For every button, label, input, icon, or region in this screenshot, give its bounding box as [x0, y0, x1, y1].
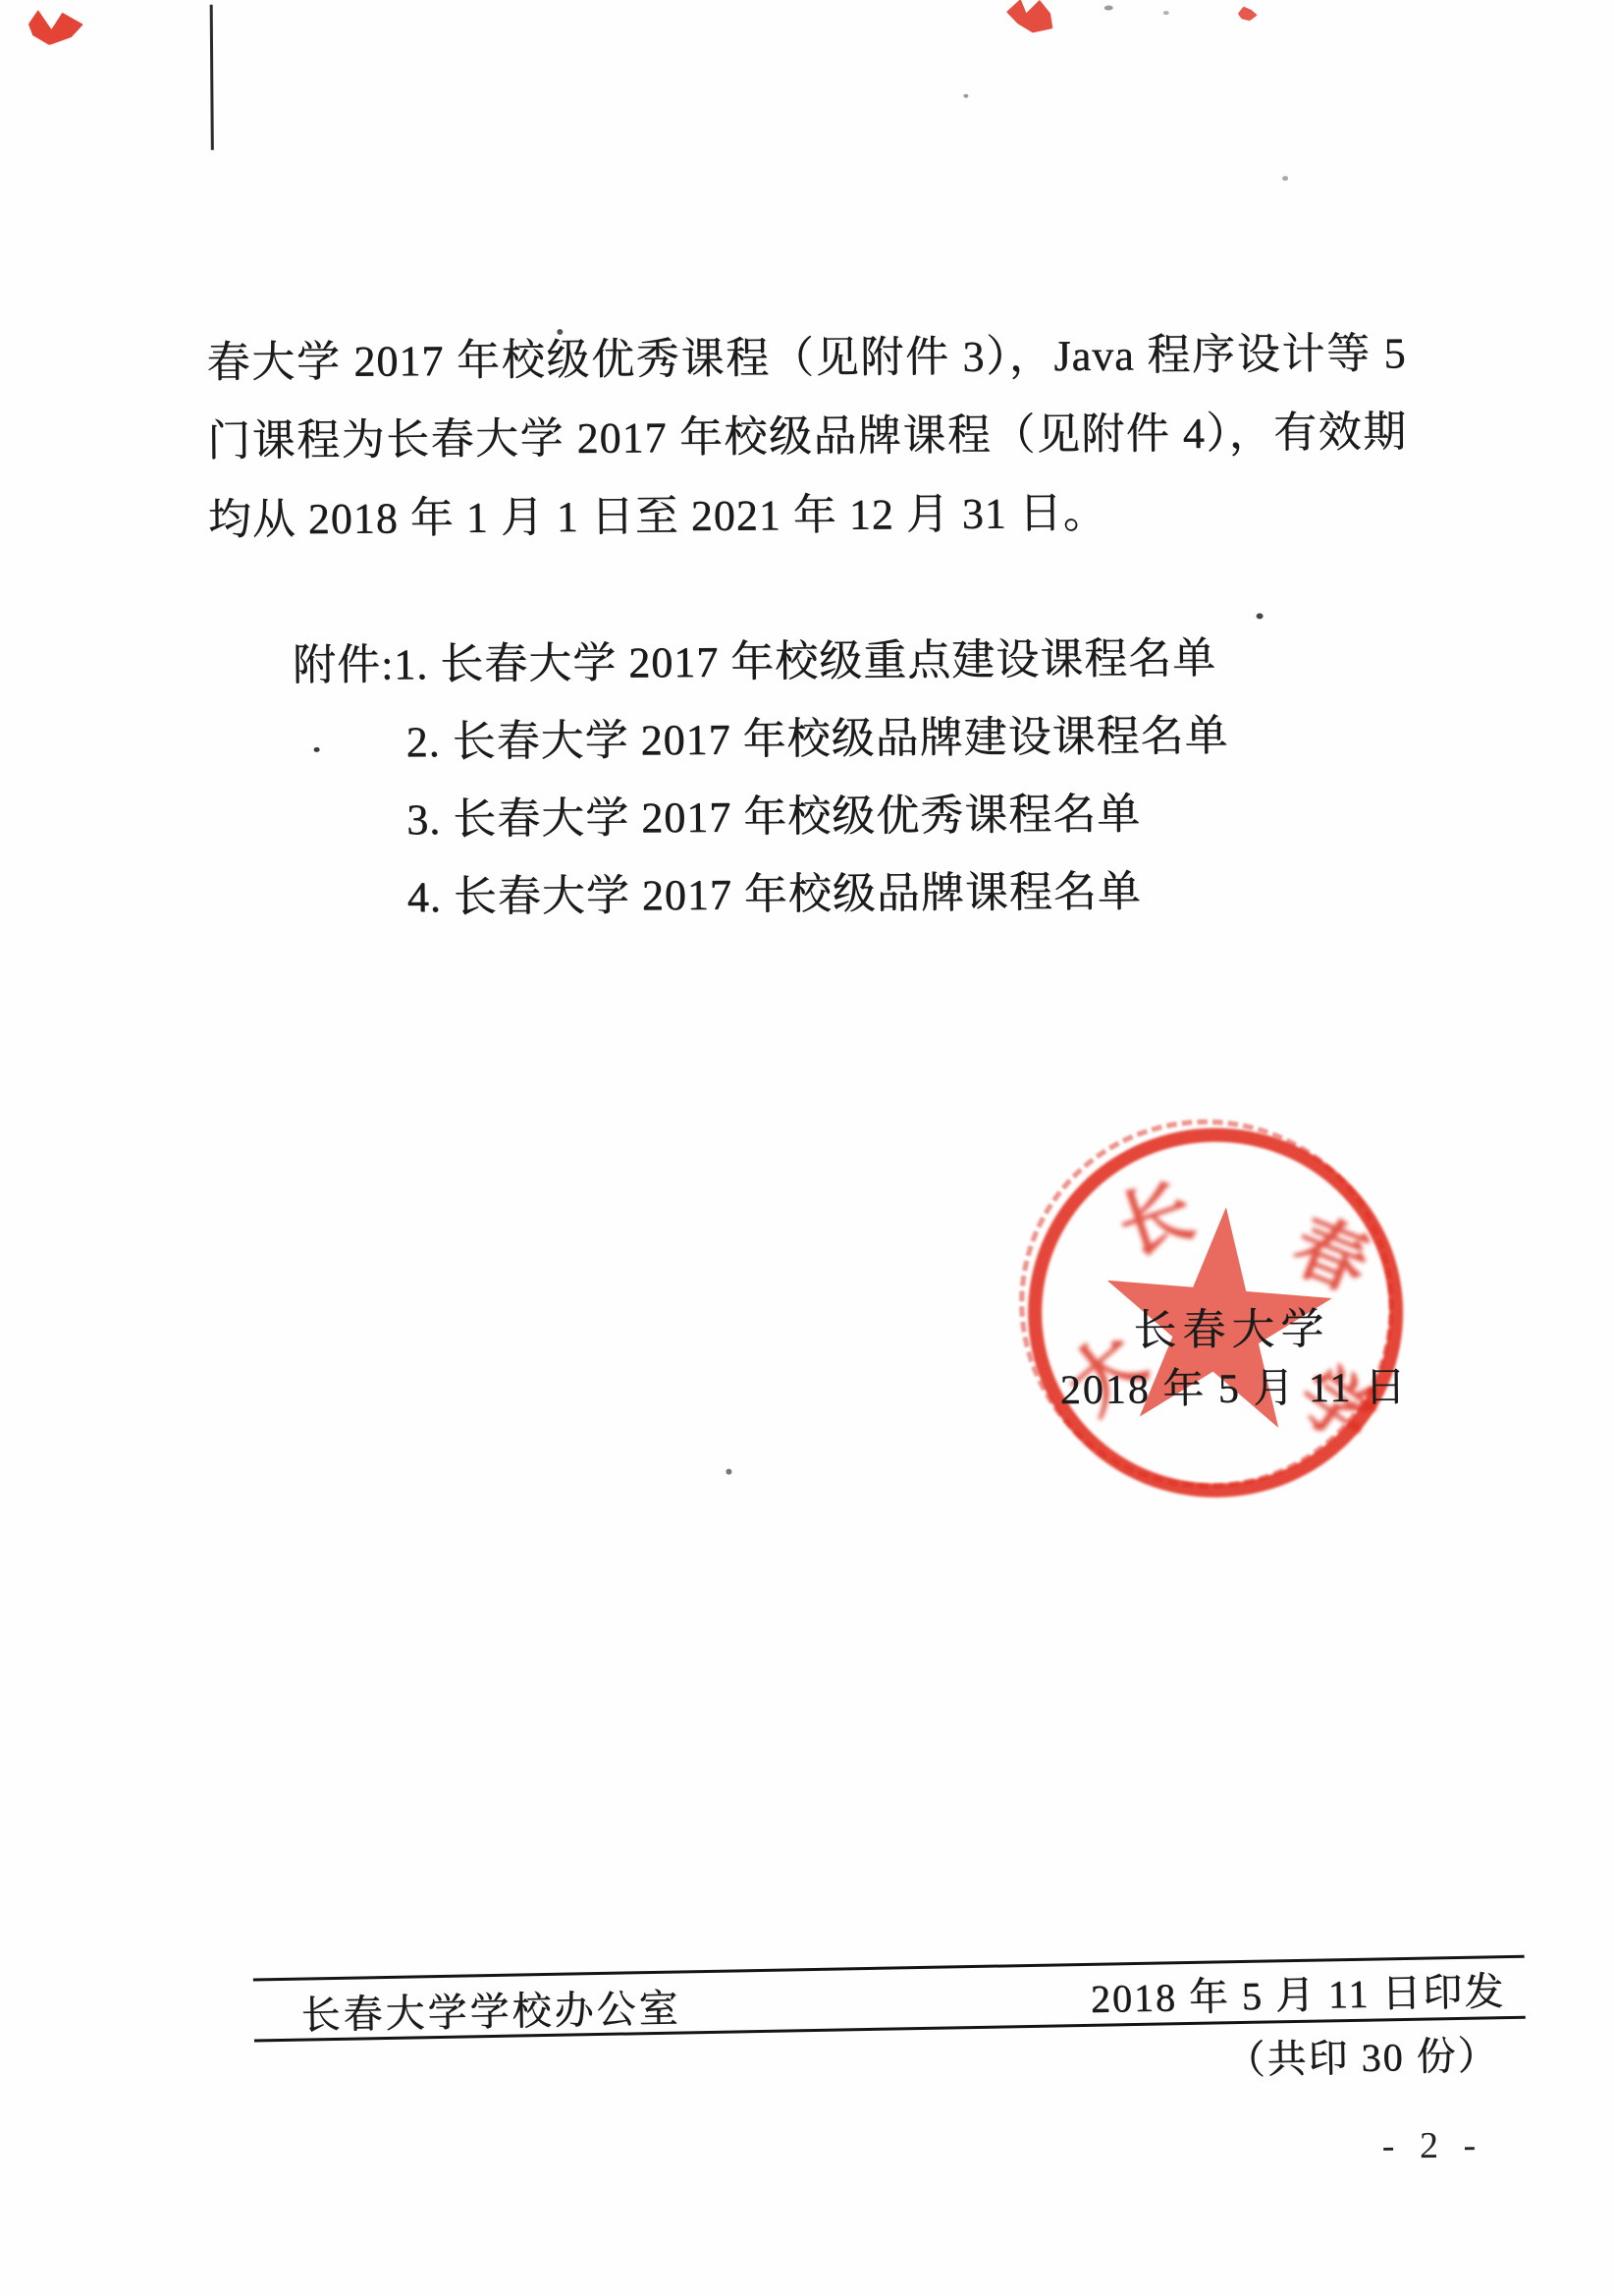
- paragraph-line: 门课程为长春大学 2017 年校级品牌课程（见附件 4），有效期: [207, 393, 1408, 481]
- scan-red-mark: [1238, 6, 1258, 21]
- imprint-print-date: 2018 年 5 月 11 日印发: [1090, 1960, 1505, 2024]
- scan-speck: [1282, 176, 1288, 181]
- attachment-row: 附件:1. 长春大学 2017 年校级重点建设课程名单: [293, 618, 1423, 704]
- scan-edge-line: [210, 5, 214, 150]
- paragraph-line: 均从 2018 年 1 月 1 日至 2021 年 12 月 31 日。: [207, 471, 1408, 560]
- attachment-item: 2. 长春大学 2017 年校级品牌建设课程名单: [405, 695, 1423, 781]
- attachment-item: 1. 长春大学 2017 年校级重点建设课程名单: [394, 634, 1216, 689]
- scan-speck: [1104, 6, 1113, 11]
- page-number: - 2 -: [1382, 2124, 1484, 2168]
- attachment-item: 4. 长春大学 2017 年校级品牌课程名单: [407, 850, 1425, 936]
- signature-org: 长春大学: [1133, 1293, 1329, 1358]
- paragraph-line: 春大学 2017 年校级优秀课程（见附件 3），Java 程序设计等 5: [206, 314, 1407, 403]
- attachment-list: 附件:1. 长春大学 2017 年校级重点建设课程名单 2. 长春大学 2017…: [293, 618, 1424, 937]
- attachments-label: 附件:: [293, 640, 395, 689]
- scan-speck: [1163, 11, 1169, 15]
- scanned-document-page: 春大学 2017 年校级优秀课程（见附件 3），Java 程序设计等 5 门课程…: [0, 0, 1614, 2296]
- scan-red-mark: [1002, 0, 1058, 39]
- body-paragraph: 春大学 2017 年校级优秀课程（见附件 3），Java 程序设计等 5 门课程…: [206, 314, 1408, 560]
- imprint-issuer: 长春大学学校办公室: [300, 1977, 681, 2040]
- scan-speck: [963, 94, 968, 98]
- scan-content: 春大学 2017 年校级优秀课程（见附件 3），Java 程序设计等 5 门课程…: [0, 0, 1614, 2296]
- signature-date: 2018 年 5 月 11 日: [1060, 1354, 1408, 1416]
- imprint-copies: （共印 30 份）: [1225, 2024, 1499, 2085]
- attachment-item: 3. 长春大学 2017 年校级优秀课程名单: [406, 773, 1424, 858]
- imprint-block: 长春大学学校办公室 2018 年 5 月 11 日印发 （共印 30 份）: [252, 1936, 1527, 2116]
- scan-speck: [726, 1469, 731, 1475]
- scan-red-mark: [28, 10, 83, 45]
- imprint-row: 长春大学学校办公室 2018 年 5 月 11 日印发: [253, 1962, 1526, 2037]
